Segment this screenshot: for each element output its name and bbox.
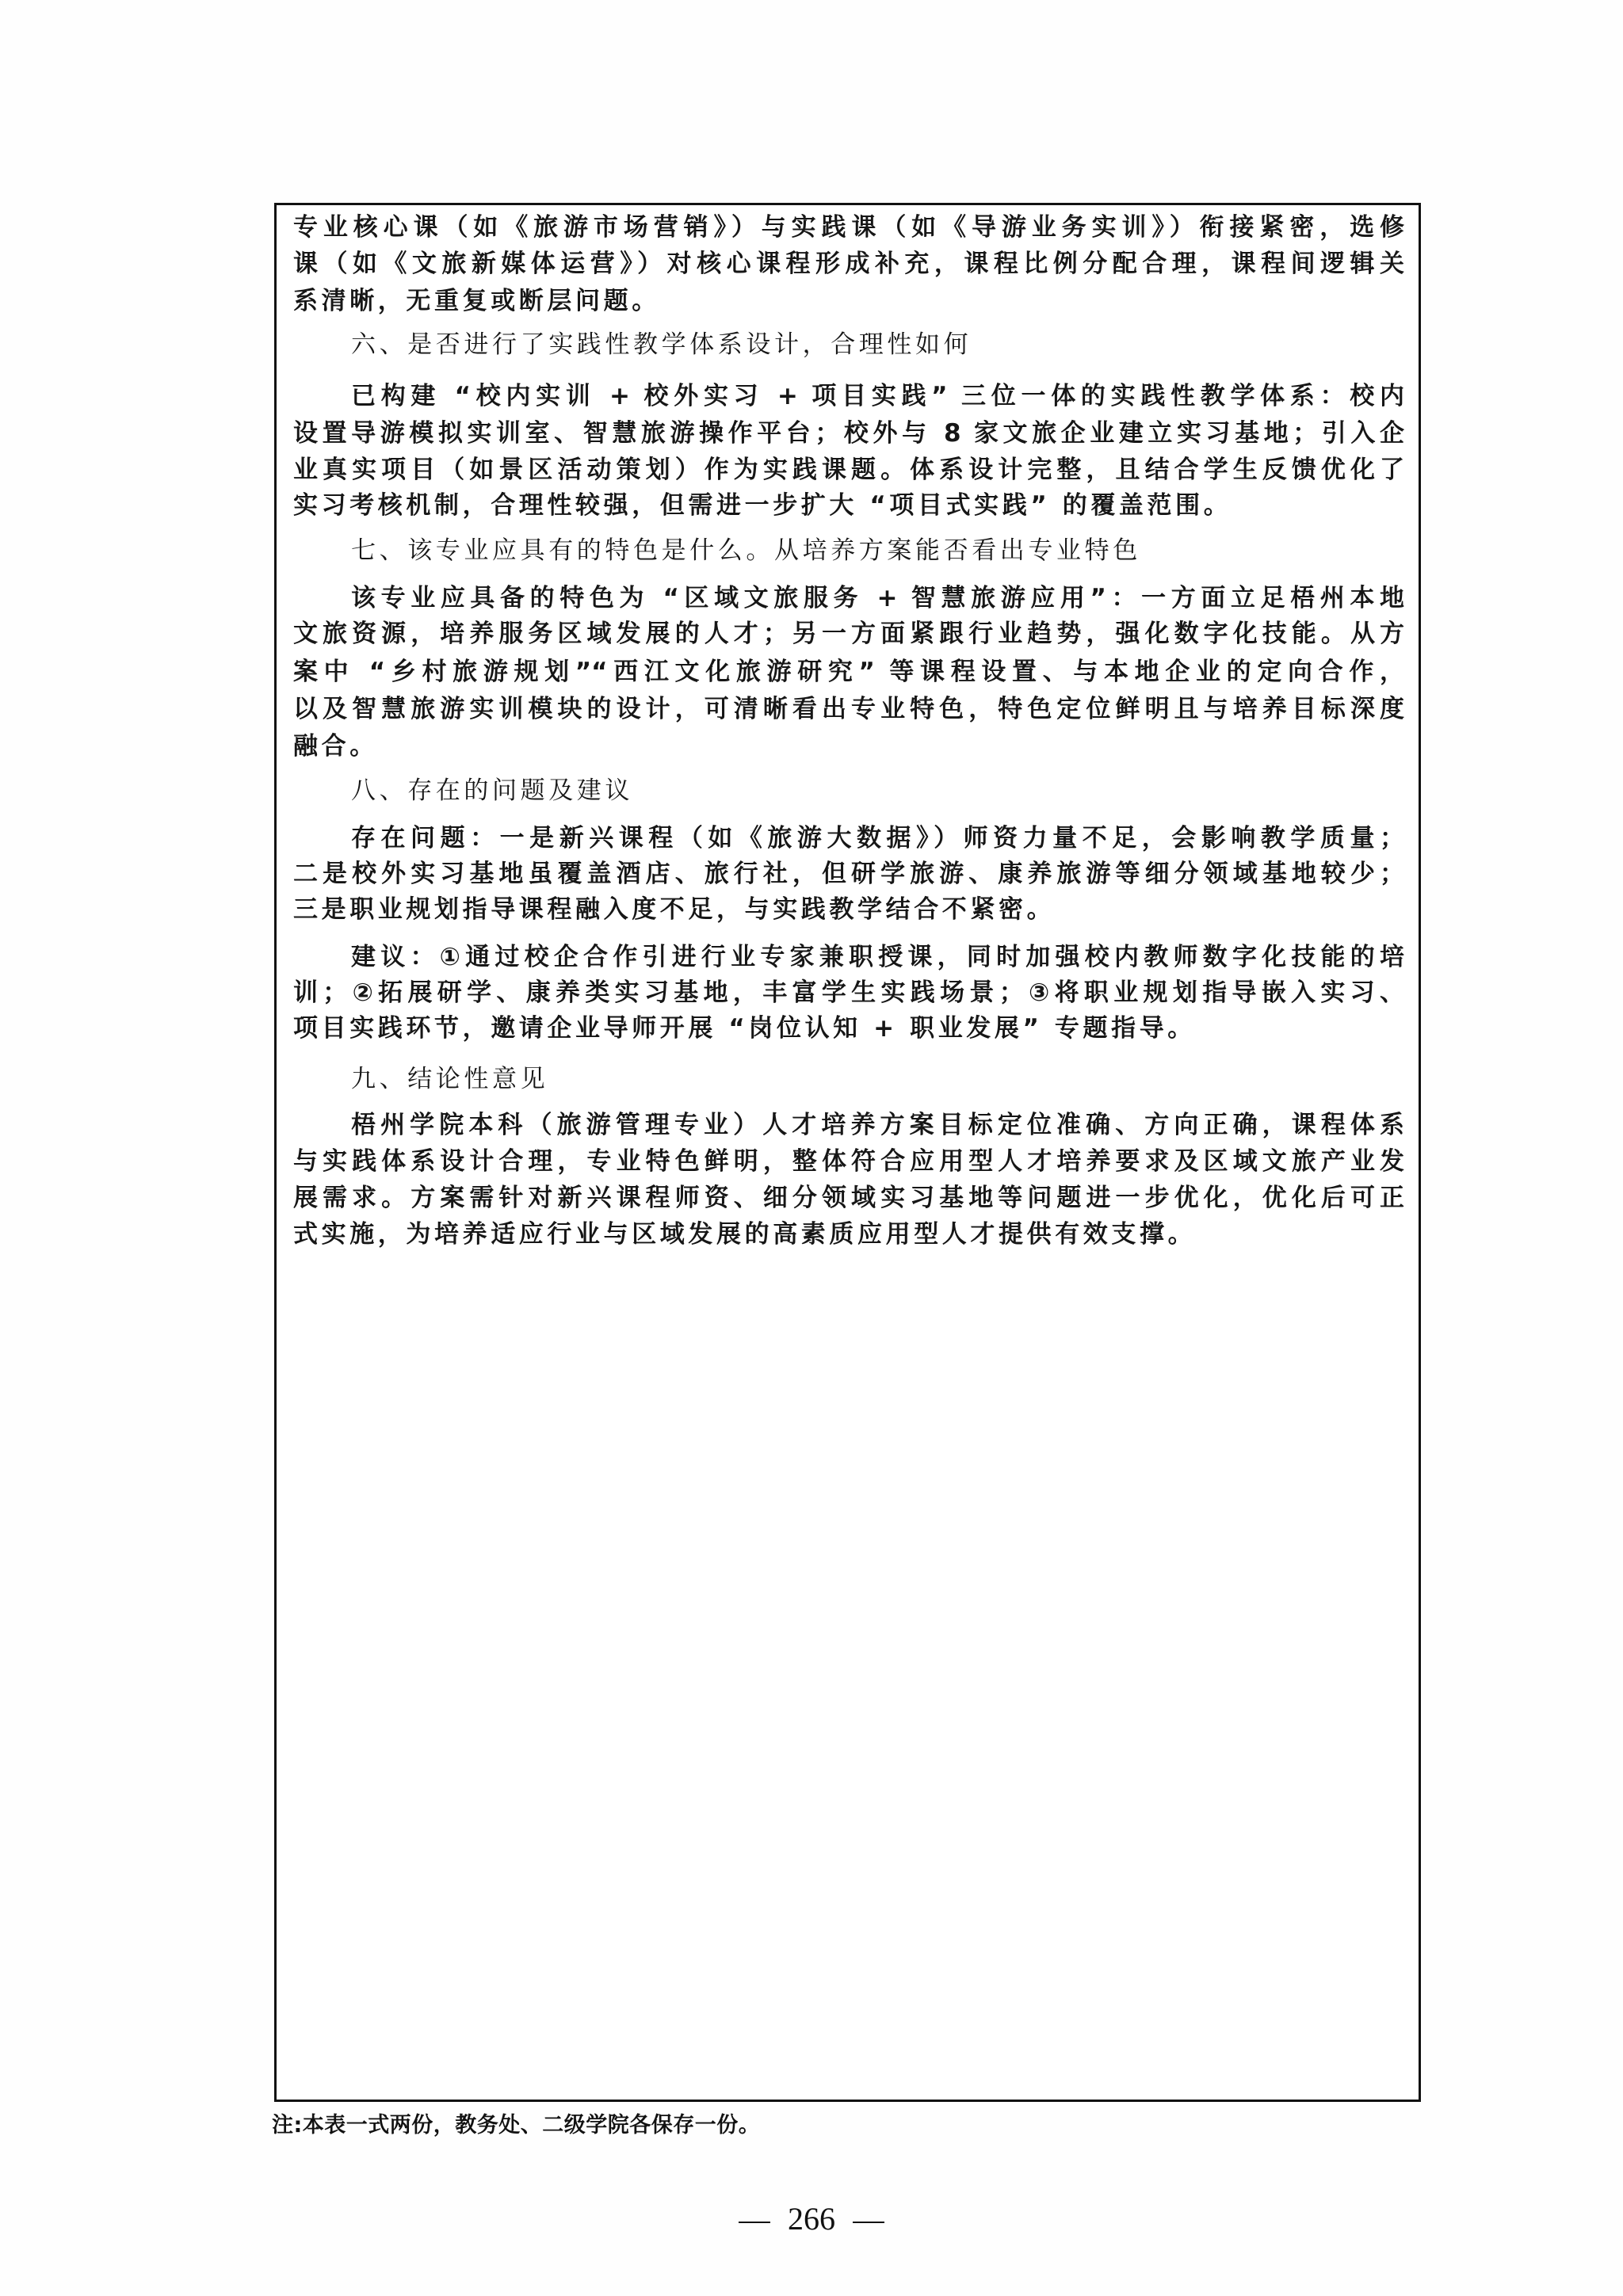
paragraph-line: 展需求。方案需针对新兴课程师资、细分领域实习基地等问题进一步优化，优化后可正 <box>293 1182 1404 1214</box>
paragraph-line: 融合。 <box>293 730 378 762</box>
paragraph-line: 三是职业规划指导课程融入度不足，与实践教学结合不紧密。 <box>293 894 1055 925</box>
paragraph-line: 案中 “乡村旅游规划”“西江文化旅游研究” 等课程设置、与本地企业的定向合作， <box>293 656 1404 688</box>
paragraph-line: 建议：①通过校企合作引进行业专家兼职授课，同时加强校内教师数字化技能的培 <box>351 941 1404 973</box>
section-heading-8: 八、存在的问题及建议 <box>351 775 633 807</box>
page-number-value: 266 <box>788 2201 835 2237</box>
page-number: 266 <box>0 2201 1623 2237</box>
paragraph-line: 文旅资源，培养服务区域发展的人才；另一方面紧跟行业趋势，强化数字化技能。从方 <box>293 618 1404 650</box>
paragraph-line: 专业核心课（如《旅游市场营销》）与实践课（如《导游业务实训》）衔接紧密，选修 <box>293 212 1404 243</box>
paragraph-line: 业真实项目（如景区活动策划）作为实践课题。体系设计完整，且结合学生反馈优化了 <box>293 454 1404 486</box>
paragraph-line: 已构建 “校内实训 + 校外实习 + 项目实践” 三位一体的实践性教学体系：校内 <box>351 380 1404 412</box>
paragraph-line: 项目实践环节，邀请企业导师开展 “岗位认知 + 职业发展” 专题指导。 <box>293 1013 1196 1044</box>
dash-right <box>853 2222 884 2223</box>
section-heading-7: 七、该专业应具有的特色是什么。从培养方案能否看出专业特色 <box>351 535 1141 566</box>
paragraph-line: 存在问题：一是新兴课程（如《旅游大数据》）师资力量不足，会影响教学质量； <box>351 822 1404 854</box>
paragraph-line: 课（如《文旅新媒体运营》）对核心课程形成补充，课程比例分配合理，课程间逻辑关 <box>293 248 1404 280</box>
section-heading-6: 六、是否进行了实践性教学体系设计，合理性如何 <box>351 329 972 360</box>
paragraph-line: 系清晰，无重复或断层问题。 <box>293 285 660 317</box>
paragraph-line: 梧州学院本科（旅游管理专业）人才培养方案目标定位准确、方向正确，课程体系 <box>351 1109 1404 1141</box>
section-heading-9: 九、结论性意见 <box>351 1063 548 1095</box>
paragraph-line: 与实践体系设计合理，专业特色鲜明，整体符合应用型人才培养要求及区域文旅产业发 <box>293 1146 1404 1177</box>
paragraph-line: 二是校外实习基地虽覆盖酒店、旅行社，但研学旅游、康养旅游等细分领域基地较少； <box>293 858 1404 890</box>
paragraph-line: 该专业应具备的特色为 “区域文旅服务 + 智慧旅游应用”：一方面立足梧州本地 <box>351 582 1404 614</box>
footnote: 注:本表一式两份，教务处、二级学院各保存一份。 <box>272 2110 760 2142</box>
paragraph-line: 以及智慧旅游实训模块的设计，可清晰看出专业特色，特色定位鲜明且与培养目标深度 <box>293 693 1404 725</box>
paragraph-line: 式实施，为培养适应行业与区域发展的高素质应用型人才提供有效支撑。 <box>293 1219 1196 1250</box>
document-page: 专业核心课（如《旅游市场营销》）与实践课（如《导游业务实训》）衔接紧密，选修 课… <box>0 0 1623 2296</box>
dash-left <box>739 2222 770 2223</box>
paragraph-line: 实习考核机制，合理性较强，但需进一步扩大 “项目式实践” 的覆盖范围。 <box>293 490 1232 521</box>
paragraph-line: 设置导游模拟实训室、智慧旅游操作平台；校外与 8 家文旅企业建立实习基地；引入企 <box>293 418 1404 449</box>
paragraph-line: 训；②拓展研学、康养类实习基地，丰富学生实践场景；③将职业规划指导嵌入实习、 <box>293 977 1404 1009</box>
